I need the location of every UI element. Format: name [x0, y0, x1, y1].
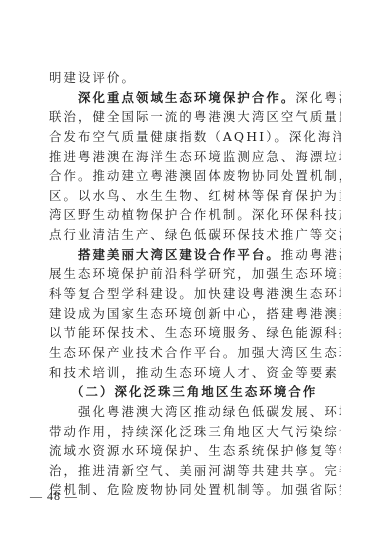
- text-line: 区。以水鸟、水生生物、红树林等保育保护为重点，建立健全大: [49, 186, 341, 206]
- text-line: 科等复合型学科建设。加快建设粤港澳生态环境科学中心，推动: [49, 284, 341, 304]
- paragraph-first-line: 深化重点领域生态环境保护合作。深化粤港澳大气污染联防: [49, 88, 341, 108]
- section-heading: （二）深化泛珠三角地区生态环境合作: [49, 382, 341, 402]
- text-line: 生态环保产业技术合作平台。加强大湾区生态环境人才交流合作: [49, 343, 341, 363]
- text-line: 流域水资源水环境保护、生态系统保护修复等领域的联防联控联: [49, 441, 341, 461]
- text-line: 点行业清洁生产、绿色低碳环保技术推广等交流合作。: [49, 225, 341, 245]
- text-line: 和技术培训，推动生态环境人才、资金等要素自由流动。: [49, 363, 341, 383]
- bold-lead: 深化重点领域生态环境保护合作。: [78, 90, 295, 105]
- text-run: 推动粤港澳科研机构合作开: [281, 247, 341, 262]
- text-line: 合发布空气质量健康指数（AQHI）。深化海洋生态环境联防联控，: [49, 127, 341, 147]
- bold-lead: 搭建美丽大湾区建设合作平台。: [78, 247, 281, 262]
- text-line: 偿机制、危险废物协同处置机制等。加强省际突发环境事件应急: [49, 480, 341, 500]
- text-line: 治，推进清新空气、美丽河湖等共建共享。完善跨省生态保护补: [49, 461, 341, 481]
- text-line: 明建设评价。: [49, 68, 341, 88]
- paragraph-first-line: 强化粤港澳大湾区推动绿色低碳发展、环境污染治理的辐射: [49, 402, 341, 422]
- body-text: 明建设评价。 深化重点领域生态环境保护合作。深化粤港澳大气污染联防 联治，健全国…: [49, 68, 341, 500]
- text-line: 推进粤港澳在海洋生态环境监测应急、海漂垃圾防治等领域深度: [49, 147, 341, 167]
- text-line: 联治，健全国际一流的粤港澳大湾区空气质量监测网络，推动联: [49, 107, 341, 127]
- text-line: 带动作用，持续深化泛珠三角地区大气污染综合治理、跨省（区）: [49, 422, 341, 442]
- text-line: 以节能环保技术、生态环境服务、绿色能源科技等为重点，搭建: [49, 323, 341, 343]
- text-line: 展生态环境保护前沿科学研究，加强生态环境基础学科和应用学: [49, 264, 341, 284]
- paragraph-first-line: 搭建美丽大湾区建设合作平台。推动粤港澳科研机构合作开: [49, 245, 341, 265]
- text-line: 合作。推动建立粤港澳固体废物协同处置机制，打造“无废”湾: [49, 166, 341, 186]
- document-page: 明建设评价。 深化重点领域生态环境保护合作。深化粤港澳大气污染联防 联治，健全国…: [0, 0, 390, 551]
- text-line: 湾区野生动植物保护合作机制。深化环保科技产业合作，加强重: [49, 205, 341, 225]
- text-line: 建设成为国家生态环境创新中心，搭建粤港澳美丽湾区研究中心。: [49, 304, 341, 324]
- text-run: 深化粤港澳大气污染联防: [295, 90, 341, 105]
- page-number: — 48 —: [30, 489, 78, 504]
